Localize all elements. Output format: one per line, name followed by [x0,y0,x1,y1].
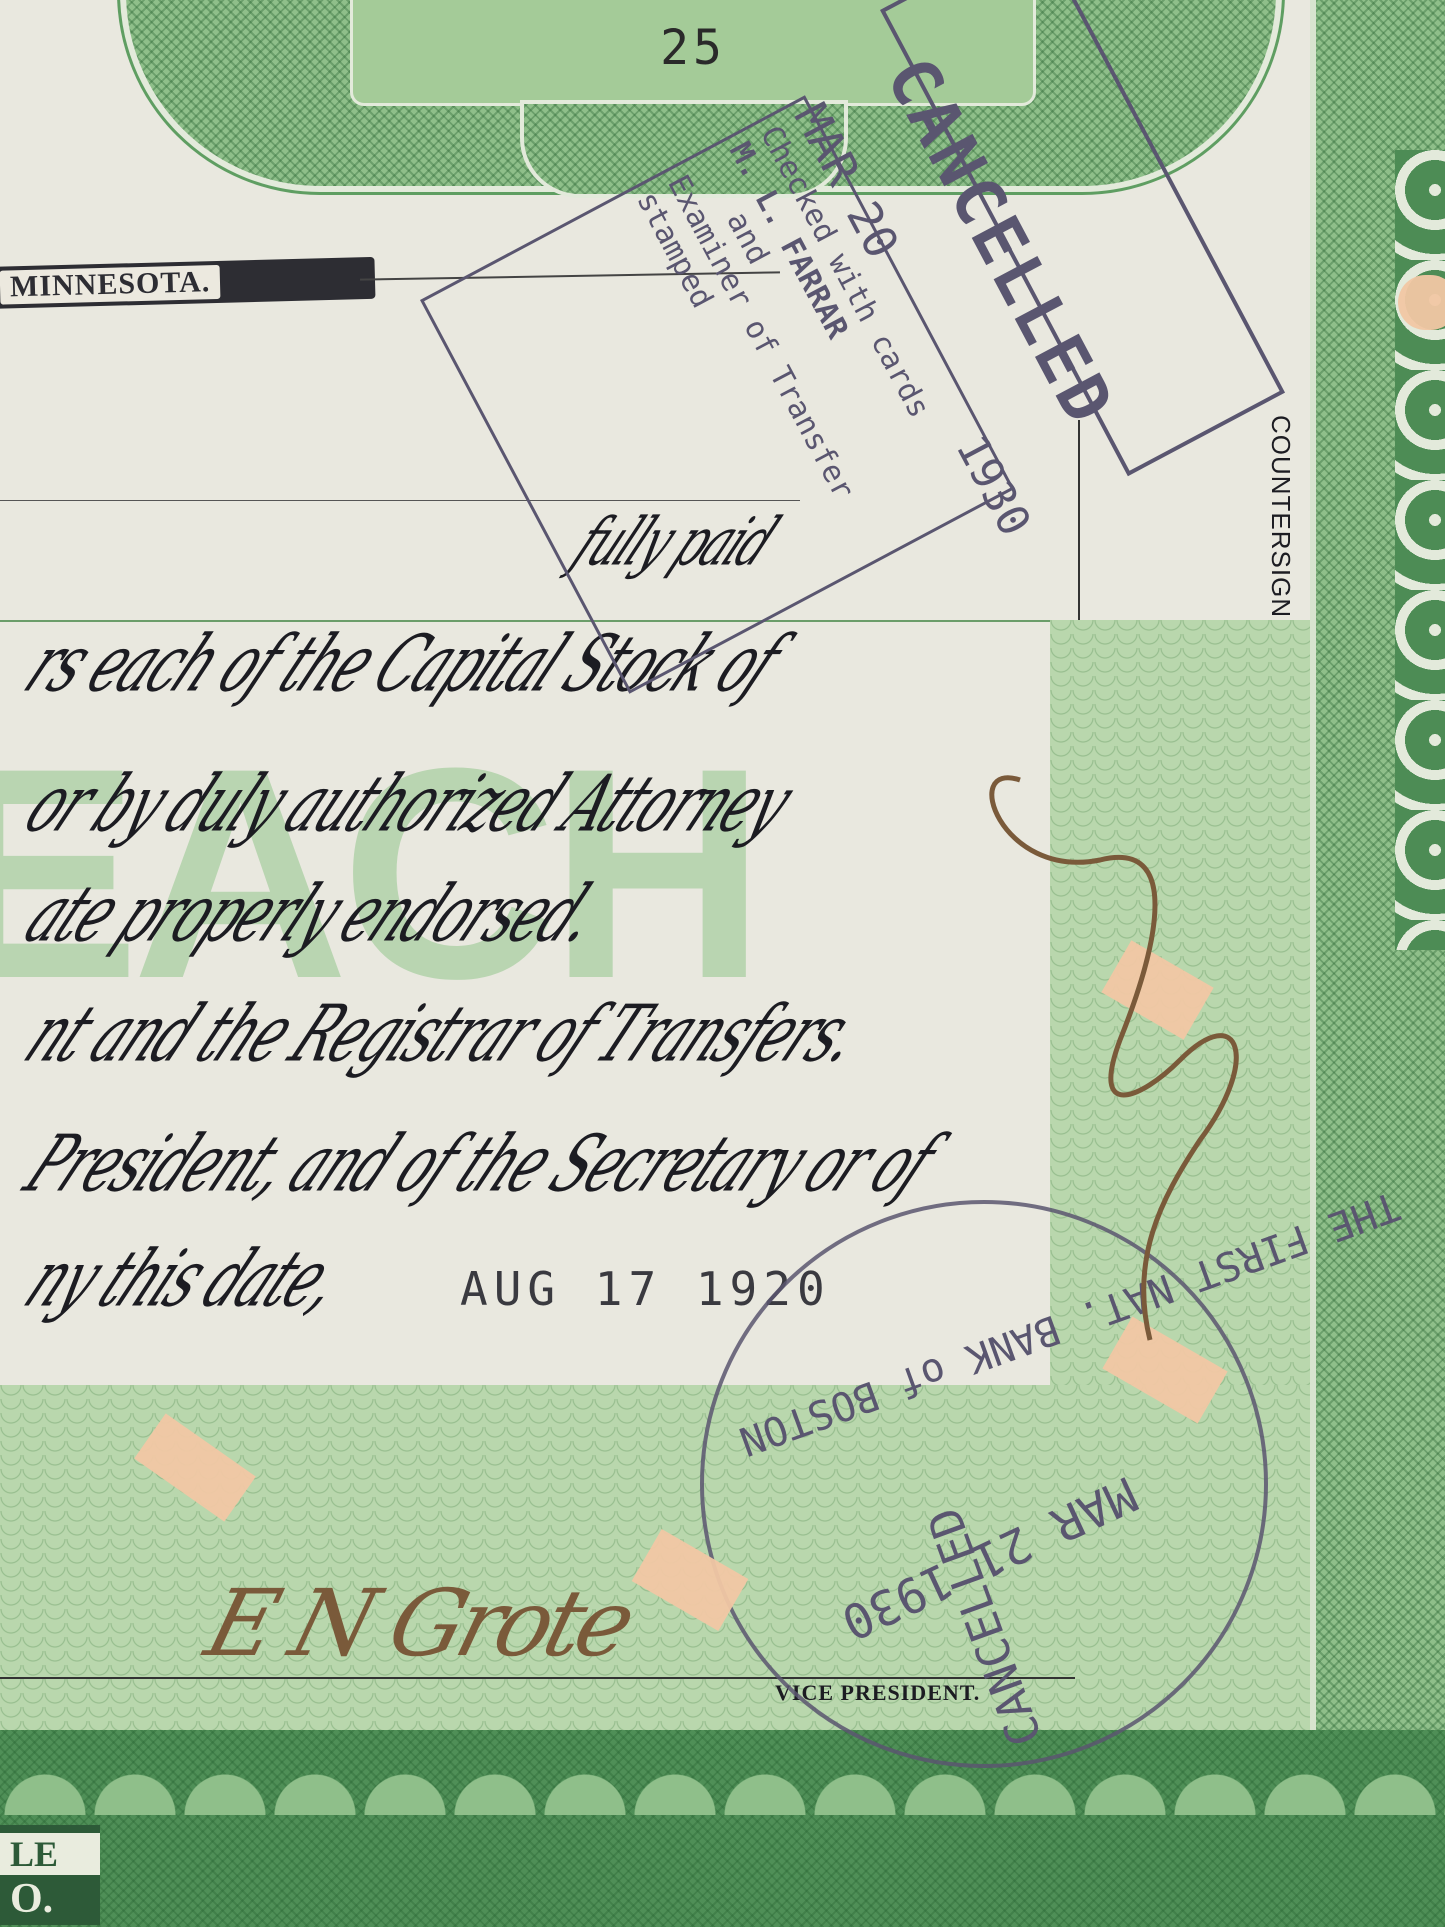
bottom-left-label-line2: O. [0,1875,100,1923]
certificate-line-6: ny this date, [10,1235,358,1325]
right-border-rings [1395,150,1445,950]
bottom-border-scallops [0,1755,1445,1815]
certificate-line-5: President, and of the Secretary or of [10,1120,949,1210]
share-value: 25 [660,20,726,76]
state-banner: MINNESOTA. [0,257,375,309]
vice-president-signature: E N Grote [196,1570,641,1677]
bottom-left-label-line1: LE [0,1833,100,1875]
certificate-line-4: nt and the Registrar of Transfers. [10,990,877,1080]
certificate-line-3: ate properly endorsed. [10,870,615,960]
countersign-signature [980,740,1360,1440]
state-banner-text: MINNESOTA. [0,265,221,305]
certificate-line-2: or by duly authorized Attorney [10,760,807,850]
tape-right-border [1398,275,1445,330]
bottom-left-label: LE O. [0,1825,100,1925]
